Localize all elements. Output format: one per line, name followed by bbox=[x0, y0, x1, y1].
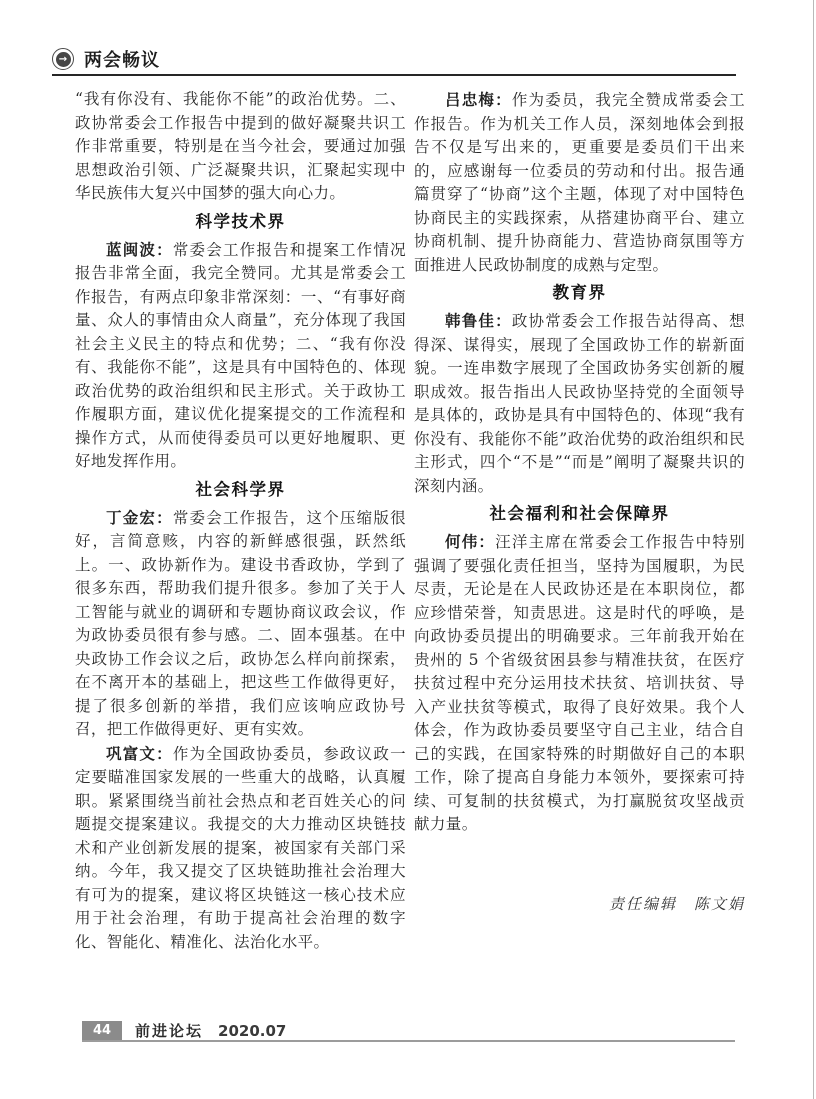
section-heading: 社会科学界 bbox=[75, 478, 406, 502]
speaker-name: 蓝闽波： bbox=[106, 240, 173, 259]
text-column-right: 吕忠梅：作为委员，我完全赞成常委会工作报告。作为机关工作人员，深刻地体会到报告不… bbox=[414, 88, 745, 916]
header-rule bbox=[52, 74, 736, 76]
speech-paragraph: 何伟：汪洋主席在常委会工作报告中特别强调了要强化责任担当，坚持为国履职，为民尽责… bbox=[414, 530, 745, 837]
speaker-name: 巩富文： bbox=[106, 744, 173, 763]
arrow-right-circle-icon: → bbox=[52, 48, 74, 70]
speech-paragraph: 韩鲁佳：政协常委会工作报告站得高、想得深、谋得实，展现了全国政协工作的崭新面貌。… bbox=[414, 309, 745, 498]
page-edge-rule bbox=[813, 0, 814, 1099]
section-label: 两会畅议 bbox=[84, 46, 160, 72]
speaker-name: 丁金宏： bbox=[106, 508, 173, 527]
issue-number: 2020.07 bbox=[218, 1022, 286, 1040]
speech-paragraph: 巩富文：作为全国政协委员，参政议政一定要瞄准国家发展的一些重大的战略，认真履职。… bbox=[75, 742, 406, 955]
speech-paragraph: 蓝闽波：常委会工作报告和提案工作情况报告非常全面，我完全赞同。尤其是常委会工作报… bbox=[75, 238, 406, 474]
speech-paragraph: 吕忠梅：作为委员，我完全赞成常委会工作报告。作为机关工作人员，深刻地体会到报告不… bbox=[414, 88, 745, 277]
speaker-name: 何伟： bbox=[445, 532, 495, 551]
editor-credit: 责任编辑 陈文娟 bbox=[414, 893, 745, 917]
text-column-left: “我有你没有、我能你不能”的政治优势。二、政协常委会工作报告中提到的做好凝聚共识… bbox=[75, 88, 406, 954]
section-heading: 社会福利和社会保障界 bbox=[414, 502, 745, 526]
speech-paragraph: 丁金宏：常委会工作报告，这个压缩版很好，言简意赅，内容的新鲜感很强，跃然纸上。一… bbox=[75, 506, 406, 742]
section-heading: 科学技术界 bbox=[75, 210, 406, 234]
magazine-page: → 两会畅议 “我有你没有、我能你不能”的政治优势。二、政协常委会工作报告中提到… bbox=[0, 0, 816, 1099]
magazine-title: 前进论坛 bbox=[135, 1020, 203, 1041]
section-heading: 教育界 bbox=[414, 281, 745, 305]
page-number-badge: 44 bbox=[82, 1021, 122, 1040]
page-header: → 两会畅议 bbox=[52, 47, 736, 76]
page-footer: 44 前进论坛 2020.07 bbox=[82, 1021, 735, 1042]
speaker-name: 韩鲁佳： bbox=[445, 311, 512, 330]
speaker-name: 吕忠梅： bbox=[445, 90, 512, 109]
continuation-paragraph: “我有你没有、我能你不能”的政治优势。二、政协常委会工作报告中提到的做好凝聚共识… bbox=[75, 88, 406, 206]
